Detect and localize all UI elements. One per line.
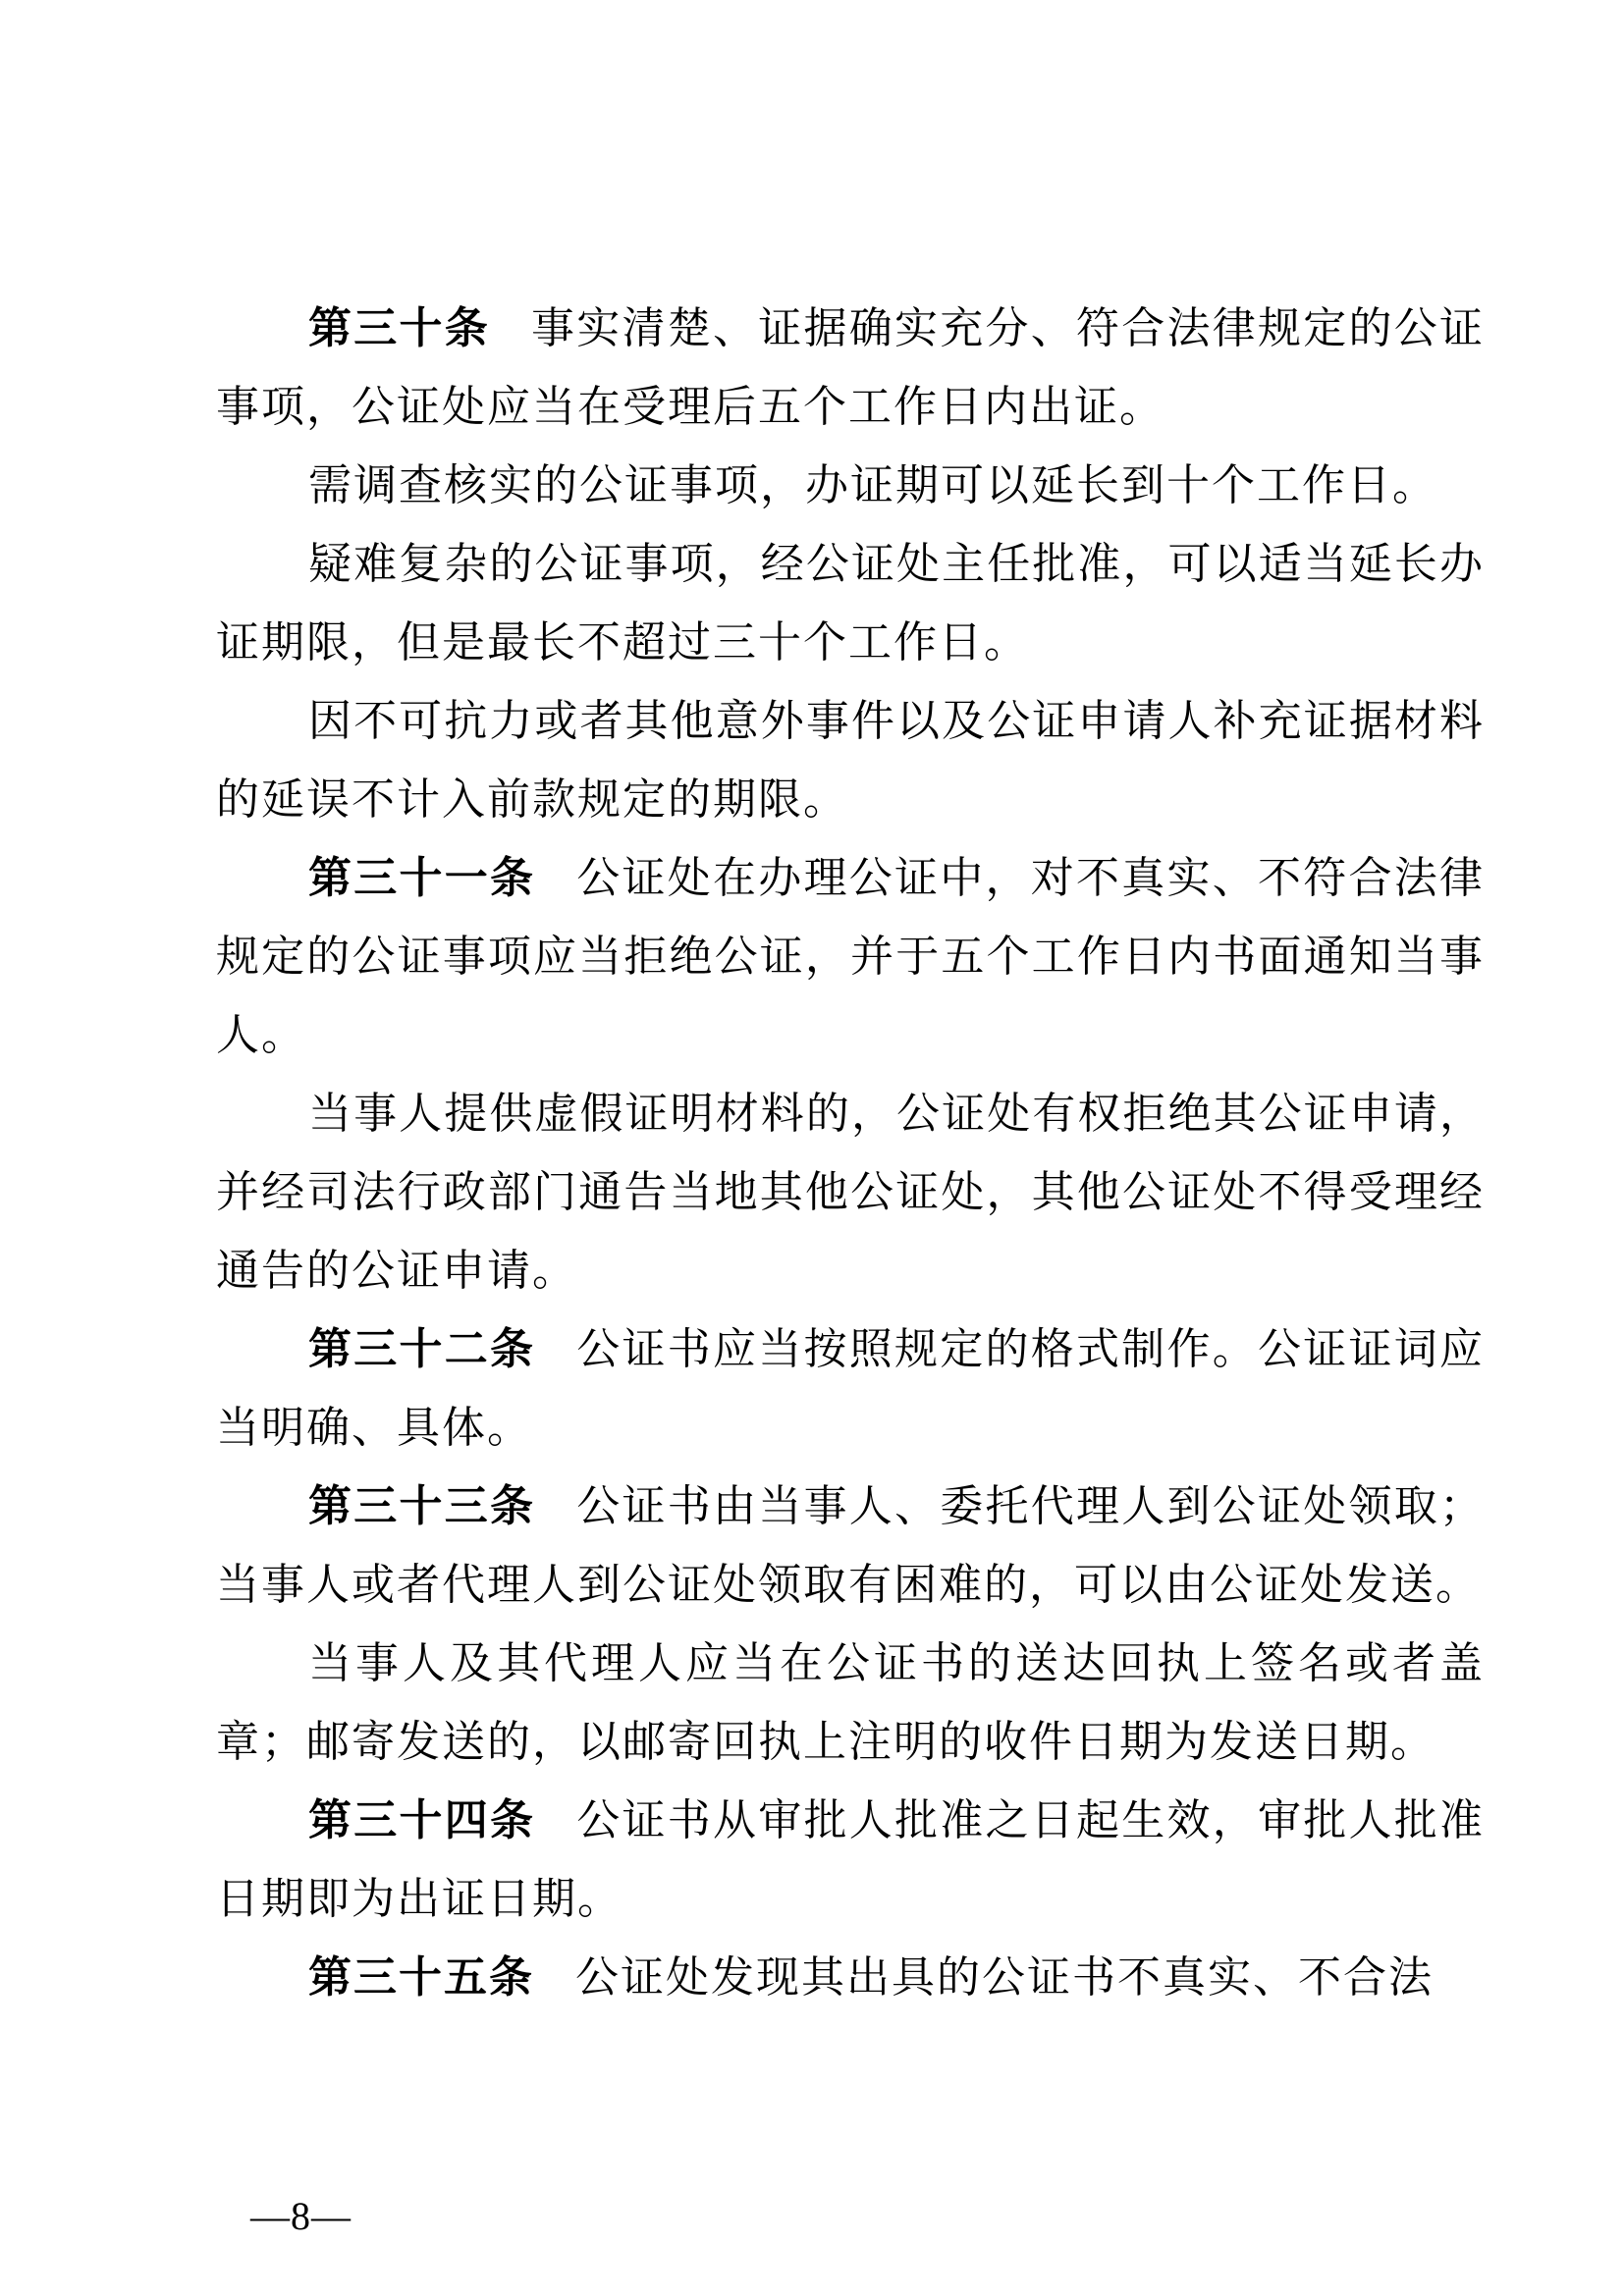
paragraph: 当事人及其代理人应当在公证书的送达回执上签名或者盖章；邮寄发送的，以邮寄回执上注… bbox=[216, 1625, 1485, 1782]
paragraph: 当事人提供虚假证明材料的，公证处有权拒绝其公证申请，并经司法行政部门通告当地其他… bbox=[216, 1075, 1485, 1310]
article-paragraph: 第三十一条公证处在办理公证中，对不真实、不符合法律规定的公证事项应当拒绝公证，并… bbox=[216, 839, 1485, 1075]
document-page: 第三十条事实清楚、证据确实充分、符合法律规定的公证事项，公证处应当在受理后五个工… bbox=[0, 0, 1624, 2296]
article-number: 第三十二条 bbox=[308, 1325, 535, 1373]
page-number: —8— bbox=[250, 2193, 352, 2239]
article-number: 第三十三条 bbox=[308, 1482, 535, 1530]
article-paragraph: 第三十二条公证书应当按照规定的格式制作。公证证词应当明确、具体。 bbox=[216, 1310, 1485, 1468]
article-paragraph: 第三十三条公证书由当事人、委托代理人到公证处领取；当事人或者代理人到公证处领取有… bbox=[216, 1468, 1485, 1625]
article-number: 第三十四条 bbox=[308, 1796, 535, 1844]
article-number: 第三十五条 bbox=[308, 1953, 534, 2002]
paragraph: 需调查核实的公证事项，办证期可以延长到十个工作日。 bbox=[216, 447, 1485, 525]
article-paragraph: 第三十五条公证处发现其出具的公证书不真实、不合法 bbox=[216, 1939, 1485, 2017]
article-paragraph: 第三十条事实清楚、证据确实充分、符合法律规定的公证事项，公证处应当在受理后五个工… bbox=[216, 290, 1485, 447]
paragraph: 因不可抗力或者其他意外事件以及公证申请人补充证据材料的延误不计入前款规定的期限。 bbox=[216, 682, 1485, 839]
article-number: 第三十条 bbox=[308, 304, 490, 352]
article-paragraph: 第三十四条公证书从审批人批准之日起生效，审批人批准日期即为出证日期。 bbox=[216, 1782, 1485, 1939]
document-text-block: 第三十条事实清楚、证据确实充分、符合法律规定的公证事项，公证处应当在受理后五个工… bbox=[216, 290, 1485, 2017]
article-number: 第三十一条 bbox=[308, 854, 535, 902]
paragraph: 疑难复杂的公证事项，经公证处主任批准，可以适当延长办证期限，但是最长不超过三十个… bbox=[216, 525, 1485, 682]
